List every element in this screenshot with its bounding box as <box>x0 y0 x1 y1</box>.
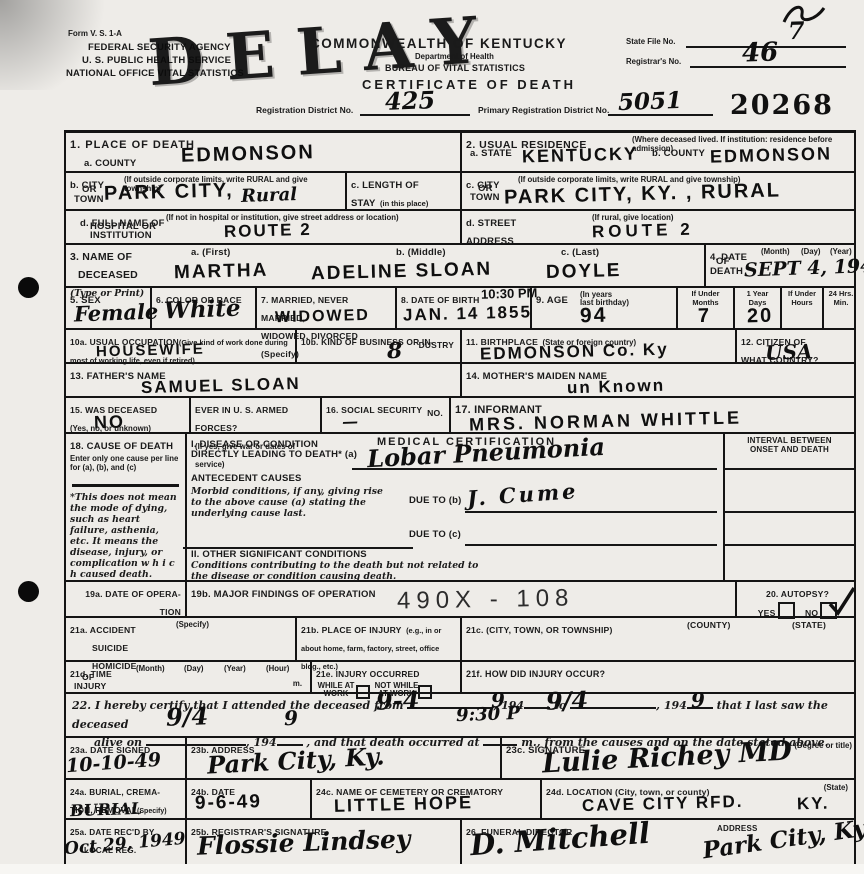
accident-label-1: 21a. ACCIDENT <box>70 625 136 635</box>
cause-footnote: *This does not mean the mode of dying, s… <box>70 493 181 581</box>
certify-year-2: , 194 <box>656 699 687 712</box>
death-time-handwriting: 10:30 PM <box>481 285 538 301</box>
cause-title: 18. CAUSE OF DEATH <box>70 441 173 452</box>
punch-hole-bottom <box>18 581 39 602</box>
due-to-b-line <box>465 511 717 513</box>
certify-to-handwriting: 9/4 <box>546 685 589 715</box>
interval-column: INTERVAL BETWEEN ONSET AND DEATH <box>725 434 854 580</box>
age-col-min-h2: Min. <box>834 299 849 308</box>
father-handwriting: SAMUEL SLOAN <box>141 374 301 398</box>
certify-text-1: 22. I hereby certify that I attended the… <box>72 699 404 712</box>
interval-label-2: ONSET AND DEATH <box>729 445 850 454</box>
row-injury-1: 21a. ACCIDENT (Specify) SUICIDE HOMICIDE… <box>66 618 854 662</box>
age-handwriting: 94 <box>580 304 608 329</box>
cause-of-death-sidebar: 18. CAUSE OF DEATH Enter only one cause … <box>66 434 187 580</box>
disease-label-2: DIRECTLY LEADING TO DEATH* (a) <box>191 450 357 461</box>
row-operation: 19a. DATE OF OPERA- TION 19b. MAJOR FIND… <box>66 582 854 618</box>
injury-county-label: (COUNTY) <box>687 621 731 631</box>
age-label: 9. AGE <box>536 295 568 306</box>
state-file-label: State File No. <box>626 38 675 47</box>
antecedent-title: ANTECEDENT CAUSES <box>191 474 302 485</box>
dod-month-label: (Month) <box>761 248 790 257</box>
primary-district-label: Primary Registration District No. <box>478 106 609 116</box>
marital-handwriting: WIDOWED <box>275 307 370 327</box>
due-to-c-label: DUE TO (c) <box>409 530 461 541</box>
mother-handwriting: un Known <box>567 376 666 399</box>
age-col-hours-h2: Hours <box>791 299 812 308</box>
age-days-handwriting: 20 <box>747 305 774 329</box>
dod-title-3: DEATH <box>710 267 743 278</box>
burial-handwriting: BURIAL <box>70 799 143 820</box>
reg-district-label: Registration District No. <box>256 106 353 116</box>
row-certify: 22. I hereby certify that I attended the… <box>66 694 854 738</box>
row-place-residence: 1. PLACE OF DEATH a. COUNTY EDMONSON b. … <box>66 133 854 245</box>
row-name: 3. NAME OF DECEASED (Type or Print) a. (… <box>66 245 854 288</box>
age-months-handwriting: 7 <box>698 305 712 328</box>
form-number: Form V. S. 1-A <box>68 30 122 39</box>
accident-note: (Specify) <box>176 621 209 630</box>
due-to-b-label: DUE TO (b) <box>409 496 462 507</box>
row-parents: 13. FATHER'S NAME SAMUEL SLOAN 14. MOTHE… <box>66 364 854 398</box>
length-of-stay-label-2: STAY <box>351 198 376 209</box>
medical-certification: MEDICAL CERTIFICATION I. DISEASE OR COND… <box>187 434 725 580</box>
death-certificate-scan: { "header": { "form_no": "Form V. S. 1-A… <box>0 0 864 874</box>
other-conditions-text: Conditions contributing to the death but… <box>191 561 491 583</box>
industry-handwriting: 8 <box>387 338 403 365</box>
length-of-stay-label-1: c. LENGTH OF <box>351 180 419 191</box>
autopsy-no-checkmark <box>826 586 856 616</box>
middle-name-handwriting: ADELINE SLOAN <box>311 259 493 286</box>
residence-county-label: b. COUNTY <box>652 149 705 160</box>
reg-district-handwriting: 425 <box>385 85 436 116</box>
antecedent-text: Morbid conditions, if any, giving rise t… <box>191 487 386 520</box>
ssn-label-1: 16. SOCIAL SECURITY <box>326 405 422 415</box>
pen-mark <box>778 2 828 28</box>
city-handwriting: PARK CITY, <box>104 179 234 205</box>
place-of-injury-label: 21b. PLACE OF INJURY <box>301 625 402 635</box>
cause-divider <box>72 484 179 487</box>
physician-signature-handwriting: Lulie Richey MD <box>541 735 792 779</box>
certify-year2-handwriting: 9 <box>691 688 706 712</box>
major-findings-label: 19b. MAJOR FINDINGS OF OPERATION <box>191 589 376 600</box>
interval-line-c <box>725 544 854 546</box>
burial-date-handwriting: 9-6-49 <box>195 791 262 815</box>
county-handwriting: EDMONSON <box>181 141 315 167</box>
race-handwriting: White <box>164 295 241 325</box>
bureau-line: BUREAU OF VITAL STATISTICS <box>385 63 525 73</box>
registrar-signature-handwriting: Flossie Lindsey <box>197 824 411 860</box>
injury-city-label: 21c. (CITY, TOWN, OR TOWNSHIP) <box>466 625 613 635</box>
armed-forces-handwriting: NO <box>94 412 126 434</box>
middle-name-label: b. (Middle) <box>396 248 446 259</box>
dob-handwriting: JAN. 14 1855 <box>403 302 532 325</box>
interval-label-1: INTERVAL BETWEEN <box>729 436 850 445</box>
burial-location-handwriting: CAVE CITY RFD. <box>582 792 744 816</box>
funeral-director-handwriting: D. Mitchell <box>469 816 651 862</box>
residence-state-label: a. STATE <box>470 149 512 160</box>
ssn-handwriting: — <box>342 412 359 432</box>
file-number-stamp: 20268 <box>730 90 834 121</box>
autopsy-yes-checkbox <box>778 602 795 619</box>
row-cause-of-death: 18. CAUSE OF DEATH Enter only one cause … <box>66 434 854 582</box>
residence-state-handwriting: KENTUCKY <box>522 143 639 167</box>
length-of-stay-note: (in this place) <box>380 199 428 208</box>
commonwealth-title: COMMONWEALTH OF KENTUCKY <box>310 36 567 51</box>
first-name-handwriting: MARTHA <box>174 260 269 284</box>
punch-hole-top <box>18 277 39 298</box>
city-label-3: TOWN <box>74 195 104 206</box>
industry-label-2: DUSTRY <box>419 341 454 351</box>
county-label: a. COUNTY <box>84 158 136 169</box>
toi-ampm: m. <box>293 680 302 689</box>
due-to-b-handwriting: J. Cume <box>466 478 579 511</box>
signature-note: (Degree or title) <box>794 742 852 751</box>
first-name-label: a. (First) <box>191 248 230 259</box>
sex-handwriting: Female <box>74 299 159 327</box>
residence-city-label-3: TOWN <box>470 193 500 204</box>
certify-year3-handwriting: 9 <box>284 706 299 730</box>
due-to-c-line <box>465 544 717 546</box>
hospital-label-3: INSTITUTION <box>90 231 152 242</box>
hospital-handwriting: ROUTE 2 <box>224 220 312 242</box>
armed-forces-label-2: EVER IN U. S. ARMED FORCES? <box>195 405 288 433</box>
city-rural-handwriting: Rural <box>241 184 298 207</box>
birthplace-handwriting: EDMONSON Co. Ky <box>480 340 669 365</box>
cemetery-handwriting: LITTLE HOPE <box>334 792 474 817</box>
certificate-form: 1. PLACE OF DEATH a. COUNTY EDMONSON b. … <box>64 130 856 868</box>
time-of-injury-label-3: INJURY <box>74 682 106 692</box>
registrar-no-handwriting: 46 <box>741 37 778 68</box>
how-injury-label: 21f. HOW DID INJURY OCCUR? <box>466 669 605 679</box>
name-title-2: DECEASED <box>78 269 138 281</box>
occupation-handwriting: HOUSEWIFE <box>96 341 205 361</box>
ssn-label-2: NO. <box>427 409 443 419</box>
toi-year: (Year) <box>224 665 246 674</box>
interval-line-b <box>725 511 854 513</box>
citizen-handwriting: USA <box>765 339 813 365</box>
autopsy-yes-label: YES <box>758 608 776 618</box>
dod-day-label: (Day) <box>801 248 821 257</box>
department-line: Department of Health <box>415 53 494 62</box>
certify-alive-handwriting: 9/4 <box>166 701 209 731</box>
place-of-death-title: 1. PLACE OF DEATH <box>70 139 195 151</box>
row-armed-forces: 15. WAS DECEASED (Yes, no, or unknown) N… <box>66 398 854 434</box>
cause-note: Enter only one cause per line for (a), (… <box>70 455 181 472</box>
last-name-handwriting: DOYLE <box>546 260 622 284</box>
registrar-no-label: Registrar's No. <box>626 58 681 67</box>
usual-residence-section: 2. USUAL RESIDENCE (Where deceased lived… <box>462 133 854 243</box>
toi-hour: (Hour) <box>266 665 289 674</box>
burial-label-1: 24a. BURIAL, CREMA- <box>70 788 160 797</box>
name-title-1: 3. NAME OF <box>70 251 132 263</box>
autopsy-label: 20. AUTOPSY? <box>766 589 829 599</box>
autopsy-no-label: NO <box>805 608 818 618</box>
street-handwriting: ROUTE 2 <box>592 220 694 243</box>
residence-county-handwriting: EDMONSON <box>710 143 833 167</box>
row-registrar: 25a. DATE REC'D BY LOCAL REG. Oct 29, 19… <box>66 820 854 866</box>
primary-district-handwriting: 5051 <box>618 87 683 116</box>
last-name-label: c. (Last) <box>561 248 599 259</box>
row-vitals: 5. SEX Female 6. COLOR OR RACE White 7. … <box>66 288 854 330</box>
major-findings-handwriting: 490X - 108 <box>397 584 575 615</box>
dod-handwriting: SEPT 4, 1949 <box>744 255 864 282</box>
certify-time-handwriting: 9:30 P <box>456 703 521 726</box>
street-label-1: d. STREET <box>466 218 516 229</box>
burial-location-state-label: (State) <box>824 784 848 793</box>
certify-from-handwriting: 9-4 <box>376 685 420 715</box>
operation-date-label-2: TION <box>160 607 181 617</box>
industry-label-1: 10b. KIND OF BUSINESS OR IN- <box>301 337 434 347</box>
burial-location-state-handwriting: KY. <box>797 794 830 815</box>
row-injury-2: 21d. TIME (Month) (Day) (Year) (Hour) OF… <box>66 662 854 694</box>
toi-day: (Day) <box>184 665 204 674</box>
row-signature: 23a. DATE SIGNED 10-10-49 23b. ADDRESS P… <box>66 738 854 780</box>
row-occupation: 10a. USUAL OCCUPATION(Give kind of work … <box>66 330 854 364</box>
toi-month: (Month) <box>136 665 165 674</box>
interval-line-a <box>725 468 854 470</box>
operation-date-label-1: 19a. DATE OF OPERA- <box>85 589 181 599</box>
row-burial: 24a. BURIAL, CREMA- TION, REMOVAL(Specif… <box>66 780 854 820</box>
injury-occurred-label: 21e. INJURY OCCURRED <box>316 669 420 679</box>
place-of-death-section: 1. PLACE OF DEATH a. COUNTY EDMONSON b. … <box>66 133 462 243</box>
accident-label-2: SUICIDE <box>92 643 128 653</box>
injury-state-label: (STATE) <box>792 621 826 631</box>
funeral-address-handwriting: Park City, Ky <box>701 815 864 865</box>
